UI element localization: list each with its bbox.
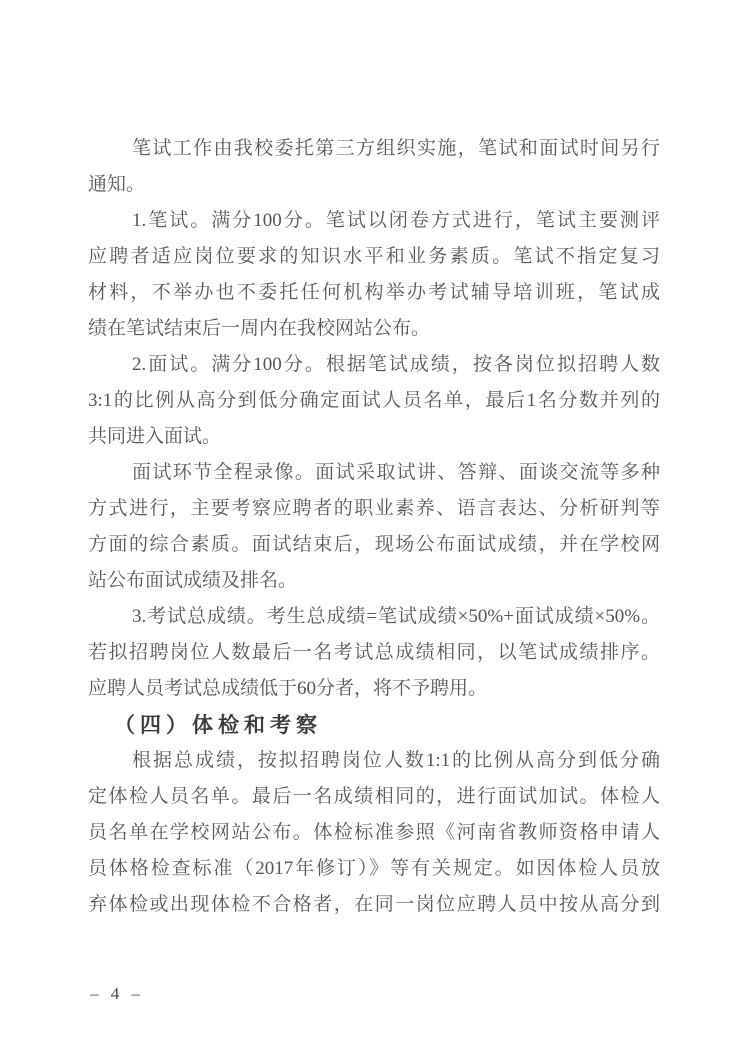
text-line: 员体格检查标准（2017年修订）》等有关规定。如因体检人员放 <box>88 851 660 887</box>
text-line: 1.笔试。满分100分。笔试以闭卷方式进行，笔试主要测评 <box>88 203 660 239</box>
text-line: 面试环节全程录像。面试采取试讲、答辩、面谈交流等多种 <box>88 455 660 491</box>
text-line: 定体检人员名单。最后一名成绩相同的，进行面试加试。体检人 <box>88 779 660 815</box>
text-line: 3.考试总成绩。考生总成绩=笔试成绩×50%+面试成绩×50%。 <box>88 599 660 635</box>
text-line: 方面的综合素质。面试结束后，现场公布面试成绩，并在学校网 <box>88 527 660 563</box>
text-line: 3:1的比例从高分到低分确定面试人员名单，最后1名分数并列的 <box>88 383 660 419</box>
document-body: 笔试工作由我校委托第三方组织实施，笔试和面试时间另行通知。1.笔试。满分100分… <box>88 131 660 923</box>
text-line: 弃体检或出现体检不合格者，在同一岗位应聘人员中按从高分到 <box>88 887 660 923</box>
text-line: 站公布面试成绩及排名。 <box>88 563 660 599</box>
text-line: 材料，不举办也不委托任何机构举办考试辅导培训班，笔试成 <box>88 275 660 311</box>
text-line: 共同进入面试。 <box>88 419 660 455</box>
text-line: 若拟招聘岗位人数最后一名考试总成绩相同，以笔试成绩排序。 <box>88 635 660 671</box>
section-heading: （四）体检和考察 <box>88 707 660 743</box>
document-page: 笔试工作由我校委托第三方组织实施，笔试和面试时间另行通知。1.笔试。满分100分… <box>0 0 742 1049</box>
text-line: 2.面试。满分100分。根据笔试成绩，按各岗位拟招聘人数 <box>88 347 660 383</box>
text-line: 绩在笔试结束后一周内在我校网站公布。 <box>88 311 660 347</box>
text-line: 通知。 <box>88 167 660 203</box>
text-line: 员名单在学校网站公布。体检标准参照《河南省教师资格申请人 <box>88 815 660 851</box>
text-line: 应聘者适应岗位要求的知识水平和业务素质。笔试不指定复习 <box>88 239 660 275</box>
text-line: 根据总成绩，按拟招聘岗位人数1:1的比例从高分到低分确 <box>88 743 660 779</box>
text-line: 应聘人员考试总成绩低于60分者，将不予聘用。 <box>88 671 660 707</box>
text-line: 方式进行，主要考察应聘者的职业素养、语言表达、分析研判等 <box>88 491 660 527</box>
page-number: – 4 – <box>90 984 144 1004</box>
text-line: 笔试工作由我校委托第三方组织实施，笔试和面试时间另行 <box>88 131 660 167</box>
